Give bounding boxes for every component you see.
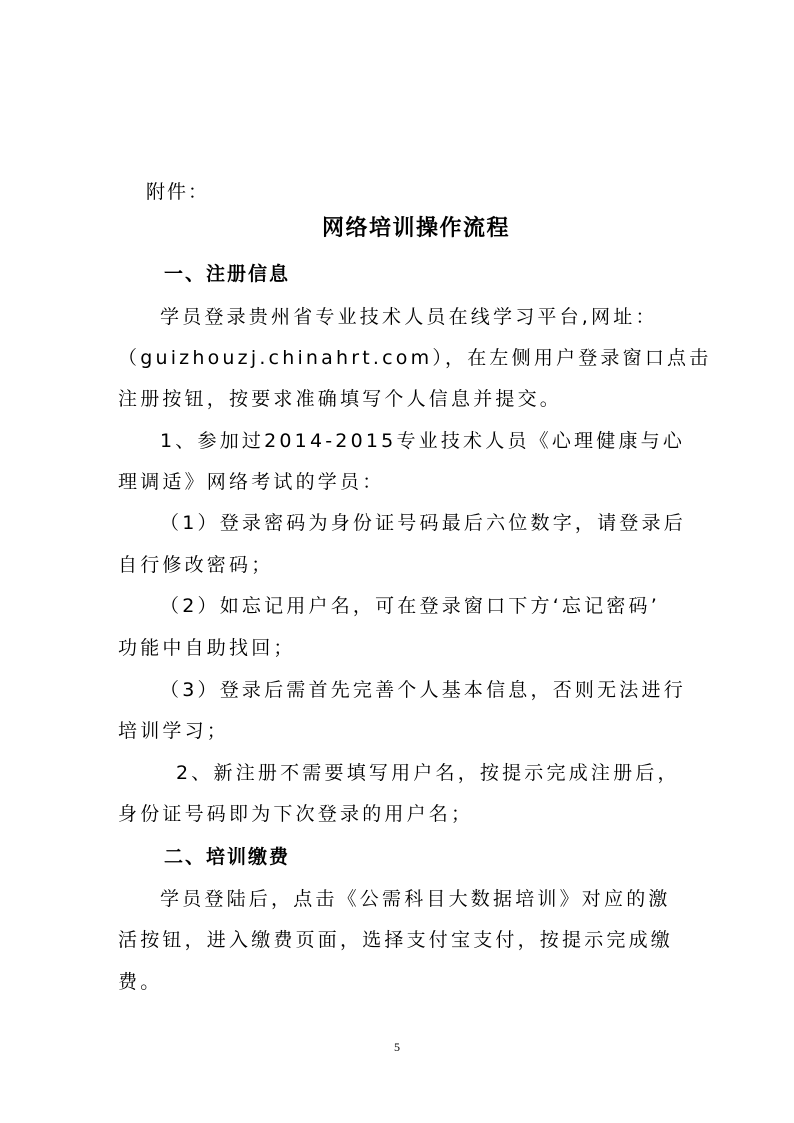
document-title: 网络培训操作流程 [0, 217, 794, 241]
paragraph-line: 功能中自助找回； [118, 636, 678, 660]
paragraph-line: 1、参加过2014-2015专业技术人员《心理健康与心 [160, 429, 720, 453]
paragraph-line: 2、新注册不需要填写用户名，按提示完成注册后， [176, 761, 736, 785]
paragraph-line: 理调适》网络考试的学员： [118, 470, 678, 494]
paragraph-line: 注册按钮，按要求准确填写个人信息并提交。 [118, 387, 678, 411]
paragraph-line: 培训学习； [118, 719, 678, 743]
document-page: 附件： 网络培训操作流程 一、注册信息 学员登录贵州省专业技术人员在线学习平台,… [0, 0, 794, 1123]
paragraph-line: 学员登陆后，点击《公需科目大数据培训》对应的激 [160, 887, 720, 911]
section-heading-registration: 一、注册信息 [164, 262, 724, 286]
paragraph-line: 学员登录贵州省专业技术人员在线学习平台,网址： [160, 305, 720, 329]
attachment-label: 附件： [146, 180, 706, 204]
paragraph-line: （guizhouzj.chinahrt.com），在左侧用户登录窗口点击 [118, 346, 678, 370]
paragraph-line: （3）登录后需首先完善个人基本信息，否则无法进行 [160, 678, 720, 702]
paragraph-line: （1）登录密码为身份证号码最后六位数字，请登录后 [160, 511, 720, 535]
section-heading-payment: 二、培训缴费 [164, 845, 724, 869]
paragraph-line: 自行修改密码； [118, 553, 678, 577]
paragraph-line: 活按钮，进入缴费页面，选择支付宝支付，按提示完成缴 [118, 928, 678, 952]
paragraph-line: 身份证号码即为下次登录的用户名； [118, 802, 678, 826]
paragraph-line: 费。 [118, 970, 678, 994]
paragraph-line: （2）如忘记用户名，可在登录窗口下方‘忘记密码’ [160, 594, 720, 618]
page-number: 5 [0, 1040, 794, 1055]
